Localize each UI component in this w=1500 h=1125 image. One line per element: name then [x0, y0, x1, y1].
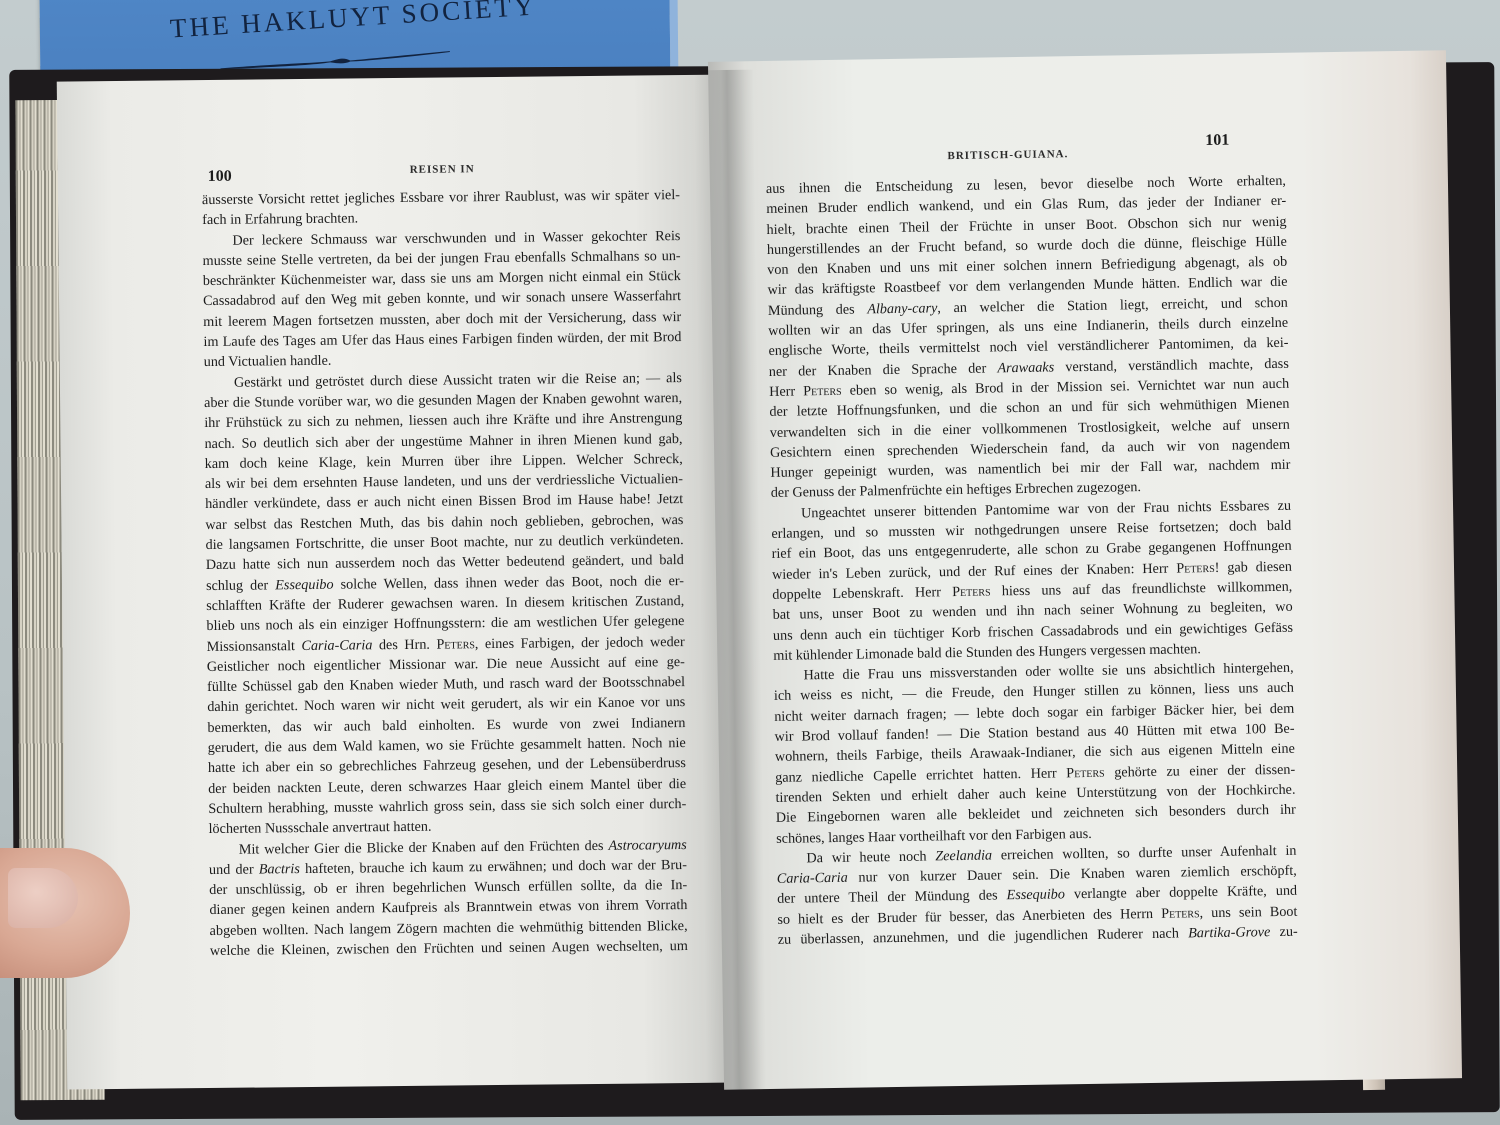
right-page-text: aus ihnen die Entscheidung zu lesen, bev…	[766, 171, 1298, 950]
right-page-number: 101	[1205, 132, 1229, 150]
left-page: 100 REISEN IN äusserste Vorsicht rettet …	[57, 74, 746, 1089]
text-line: welche die Kleinen, zwischen den Früchte…	[210, 936, 688, 961]
left-running-head: REISEN IN	[410, 163, 475, 176]
background-book-title: THE HAKLUYT SOCIETY	[169, 0, 537, 45]
left-page-number: 100	[208, 168, 232, 186]
book-gutter	[694, 70, 766, 1091]
right-page: 101 BRITISCH-GUIANA. aus ihnen die Entsc…	[708, 50, 1462, 1089]
thumbnail	[8, 868, 78, 928]
thumb-holding-page	[0, 848, 130, 978]
left-page-text: äusserste Vorsicht rettet jegliches Essb…	[202, 185, 688, 961]
right-running-head: BRITISCH-GUIANA.	[947, 148, 1068, 162]
